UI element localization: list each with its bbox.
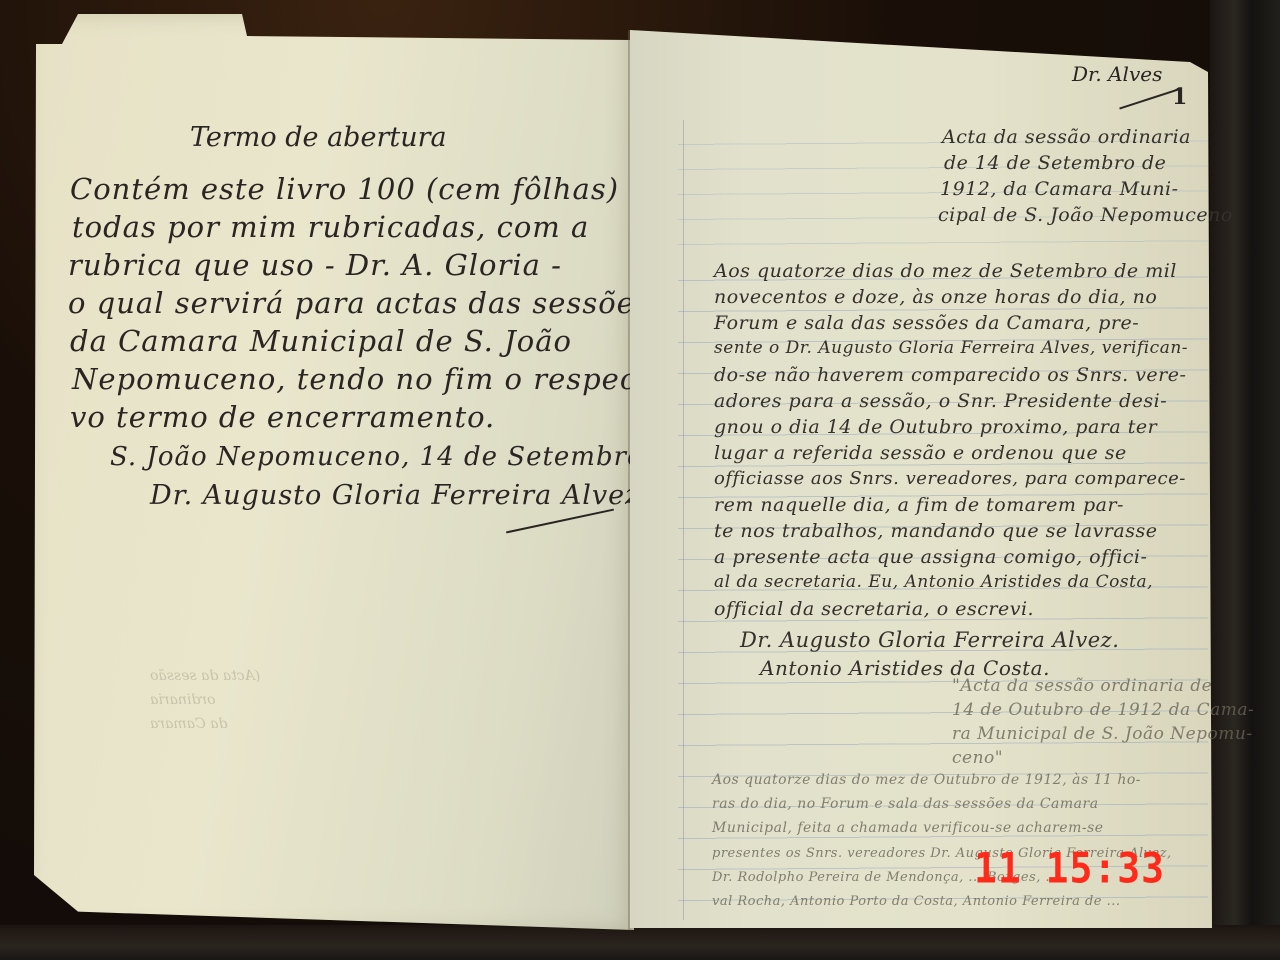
bleed-through-text: da Camara [150,716,227,732]
right-body-line: Forum e sala das sessões da Camara, pre- [714,312,1139,334]
left-page-line: da Camara Municipal de S. João [70,324,572,358]
right-heading-line: cipal de S. João Nepomuceno [938,204,1233,226]
right-body-line: Aos quatorze dias do mez de Setembro de … [714,260,1177,282]
display-case-frame-bottom [0,925,1280,960]
camera-timestamp-overlay: 11 15:33 [974,844,1165,892]
right-body-line: novecentos e doze, às onze horas do dia,… [714,286,1157,308]
right-body-line: officiasse aos Snrs. vereadores, para co… [714,468,1186,489]
left-page-line: o qual servirá para actas das sessões [68,286,651,320]
right-body-line: a presente acta que assigna comigo, offi… [714,546,1147,568]
left-page-line: vo termo de encerramento. [70,400,495,434]
left-page-line: Contém este livro 100 (cem fôlhas) [70,172,619,206]
right-body-line: gnou o dia 14 de Outubro proximo, para t… [714,416,1157,438]
second-body-line: Aos quatorze dias do mez de Outubro de 1… [712,772,1141,788]
right-heading-line: Acta da sessão ordinaria [942,126,1191,148]
second-body-line: ras do dia, no Forum e sala das sessões … [712,796,1099,812]
right-body-line: official da secretaria, o escrevi. [714,598,1034,620]
second-heading-line: ra Municipal de S. João Nepomu- [952,724,1253,744]
bleed-through-text: (Acta da sessão [150,668,260,684]
second-body-line: Municipal, feita a chamada verificou-se … [712,820,1104,836]
left-page-line: todas por mim rubricadas, com a [72,210,589,244]
left-page-signature: Dr. Augusto Gloria Ferreira Alvez [150,480,640,511]
right-body-line: adores para a sessão, o Snr. Presidente … [714,390,1167,412]
second-heading-line: 14 de Outubro de 1912 da Cama- [952,700,1254,720]
page-number: 1 [1172,84,1187,110]
left-page-line: rubrica que uso - Dr. A. Gloria - [68,248,562,282]
right-heading-line: 1912, da Camara Muni- [940,178,1179,200]
left-page-title: Termo de abertura [190,122,447,153]
second-body-line: val Rocha, Antonio Porto da Costa, Anton… [712,894,1121,909]
corner-note: Dr. Alves [1072,62,1162,86]
right-body-line: sente o Dr. Augusto Gloria Ferreira Alve… [714,338,1188,358]
right-body-line: rem naquelle dia, a fim de tomarem par- [714,494,1124,516]
second-heading-line: "Acta da sessão ordinaria de [952,676,1212,696]
left-page-line: Nepomuceno, tendo no fim o respecti- [72,362,671,396]
right-heading-line: de 14 de Setembro de [944,152,1166,174]
right-body-line: te nos trabalhos, mandando que se lavras… [714,520,1157,542]
margin-line [683,120,684,920]
right-body-line: do-se não haverem comparecido os Snrs. v… [714,364,1186,386]
right-body-line: lugar a referida sessão e ordenou que se [714,442,1127,464]
display-case-frame-right [1210,0,1280,960]
right-body-line: al da secretaria. Eu, Antonio Aristides … [714,572,1153,592]
right-signature: Dr. Augusto Gloria Ferreira Alvez. [740,628,1119,652]
second-heading-line: ceno" [952,748,1003,768]
bleed-through-text: ordinaria [150,692,215,708]
